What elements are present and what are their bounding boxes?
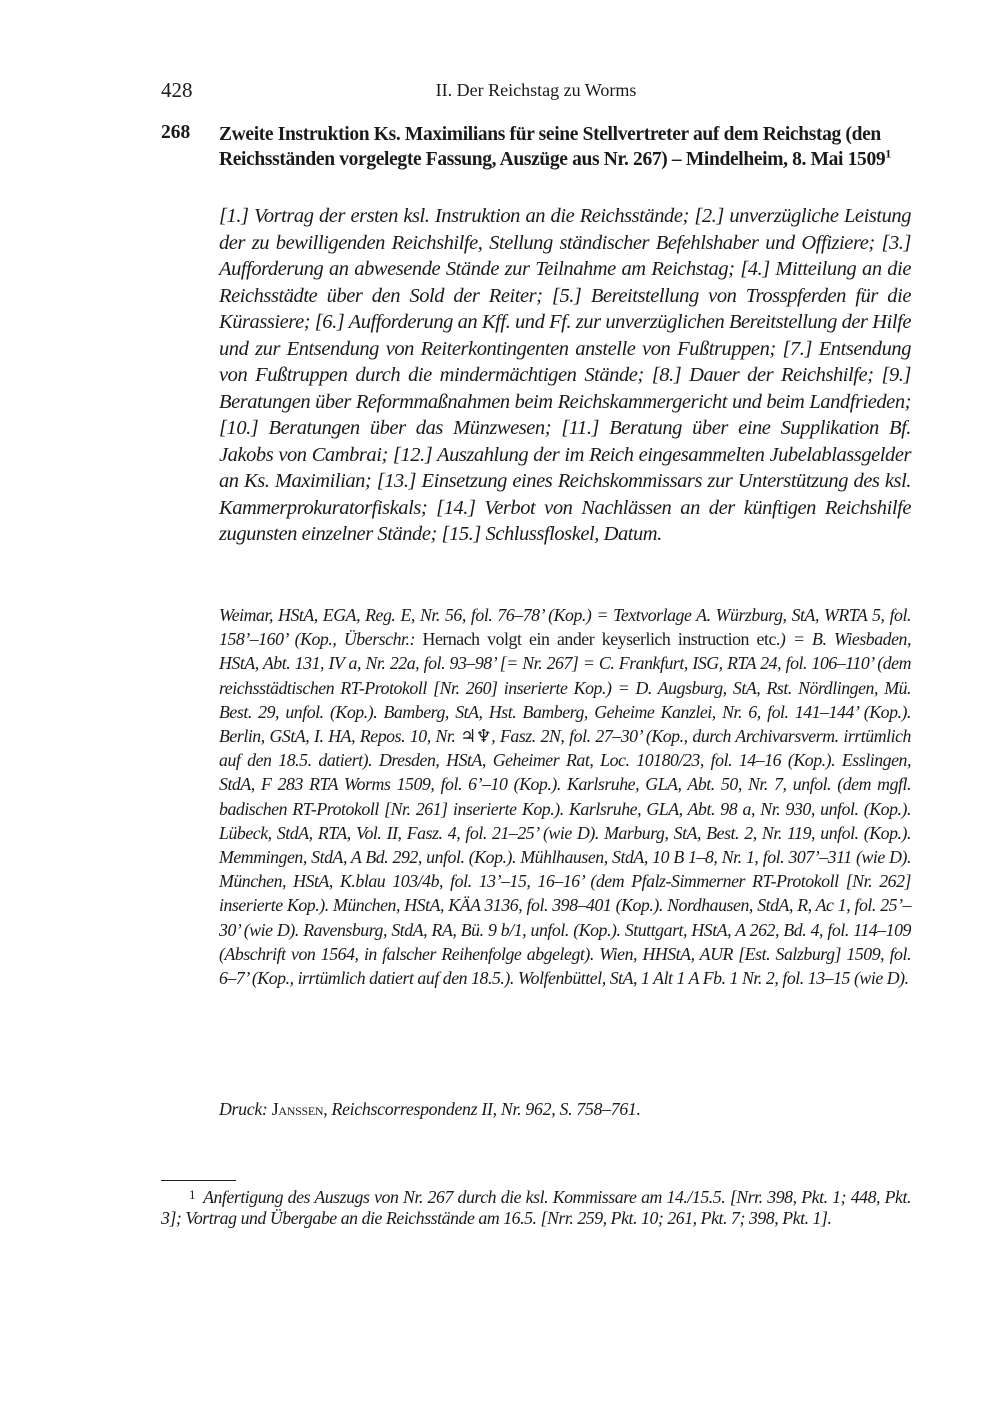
page-header: 428 II. Der Reichstag zu Worms [161,78,911,106]
entry-title: Zweite Instruktion Ks. Maximilians für s… [219,122,913,172]
entry-title-text: Zweite Instruktion Ks. Maximilians für s… [219,124,885,170]
running-title: II. Der Reichstag zu Worms [161,80,911,101]
entry-number: 268 [161,122,190,144]
footnote-reference[interactable]: 1 [885,147,891,161]
regest-summary: [1.] Vortrag der ersten ksl. Instruktion… [219,203,911,548]
print-author: Janssen [272,1099,324,1119]
footnote-mark: 1 [189,1187,195,1202]
source-quote: Hernach volgt ein ander keyserlich instr… [423,629,780,649]
source-list: Weimar, HStA, EGA, Reg. E, Nr. 56, fol. … [219,603,911,990]
print-details: , Reichscorrespondenz II, Nr. 962, S. 75… [323,1099,640,1119]
print-reference: Druck: Janssen, Reichscorrespondenz II, … [219,1099,911,1120]
print-label: Druck: [219,1099,268,1119]
source-list-part2: ) = B. Wiesbaden, HStA, Abt. 131, IV a, … [219,629,911,988]
footnote-text: Anfertigung des Auszugs von Nr. 267 durc… [161,1187,911,1228]
footnote: 1Anfertigung des Auszugs von Nr. 267 dur… [161,1184,911,1229]
footnote-divider [161,1180,236,1181]
